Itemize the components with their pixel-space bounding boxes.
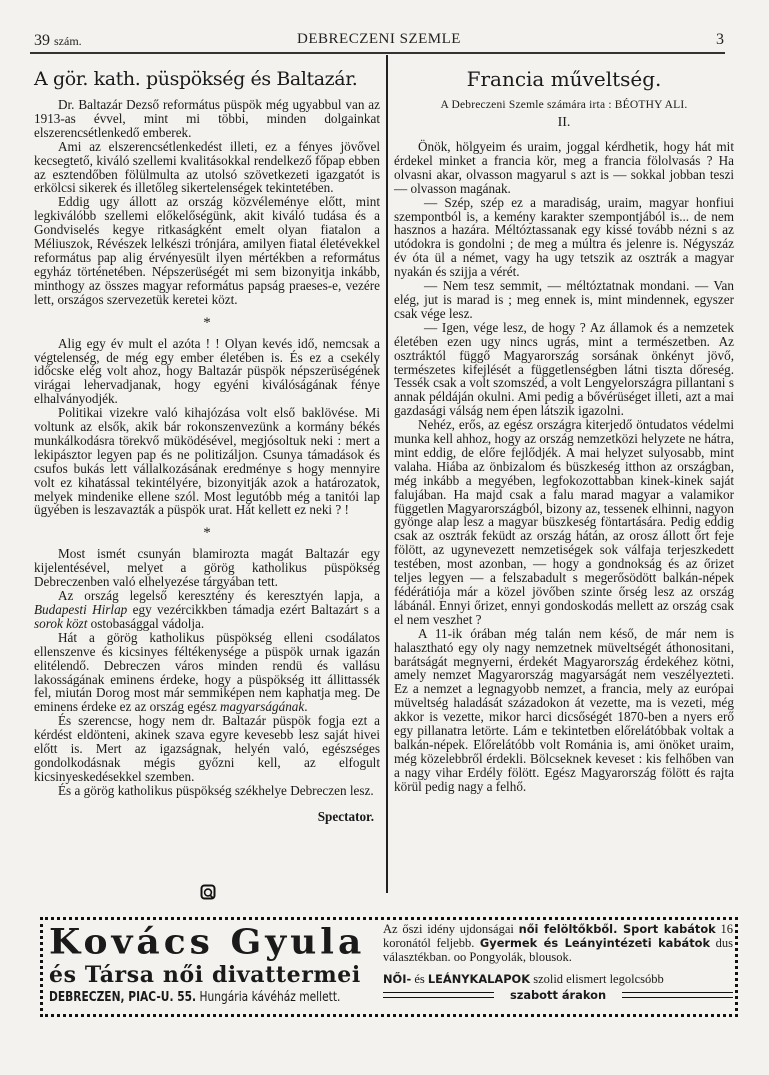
paragraph: Önök, hölgyeim és uraim, joggal kérdheti… <box>394 140 734 196</box>
paragraph: És szerencse, hogy nem dr. Baltazár püsp… <box>34 714 380 784</box>
double-rule <box>383 992 494 998</box>
paragraph: — Nem tesz semmit, — méltóztatnak mondan… <box>394 279 734 321</box>
right-article-title: Francia műveltség. <box>394 66 734 92</box>
page-number: 3 <box>716 31 724 49</box>
text: egy vezércikkben támadja ezért Baltazárt… <box>127 602 380 617</box>
italic-phrase: sorok közt <box>34 616 87 631</box>
running-head: 39szám. DEBRECZENI SZEMLE 3 <box>34 30 724 52</box>
ad-price-label: szabott árakon <box>494 988 622 1002</box>
printer-mark-icon <box>200 884 216 900</box>
left-article: A gör. kath. püspökség és Baltazár. Dr. … <box>34 60 380 824</box>
text: Az őszi idény ujdonságai <box>383 922 519 936</box>
paragraph-csodalatos: Hát a görög katholikus püspökség elleni … <box>34 631 380 714</box>
right-article: Francia műveltség. A Debreczeni Szemle s… <box>394 60 734 794</box>
newspaper-name: Budapesti Hirlap <box>34 602 127 617</box>
article-byline: A Debreczeni Szemle számára irta : BÉOTH… <box>394 98 734 112</box>
paragraph: Nehéz, erős, az egész országra kiterjedő… <box>394 418 734 627</box>
text: Az ország legelső keresztény és kereszty… <box>58 588 380 603</box>
ad-price-row: szabott árakon <box>383 988 733 1002</box>
article-part-number: II. <box>394 114 734 132</box>
author-signature: Spectator. <box>34 810 374 824</box>
double-rule <box>622 992 733 998</box>
publication-title: DEBRECZENI SZEMLE <box>34 31 724 48</box>
ad-offer-block: Az őszi idény ujdonságai női felöltőkből… <box>383 922 733 1002</box>
paragraph: Dr. Baltazár Dezső református püspök még… <box>34 98 380 140</box>
ad-hats-text: NŐI- és LEÁNYKALAPOK szolid elismert leg… <box>383 972 733 986</box>
text: . <box>304 699 307 714</box>
advertisement-box: Kovács Gyula és Társa női divattermei DE… <box>40 917 738 1017</box>
ad-business-name: Kovács Gyula <box>49 924 389 960</box>
paragraph: Eddig ugy állott az ország közvéleménye … <box>34 195 380 306</box>
paragraph: Alig egy év mult el azóta ! ! Olyan kevé… <box>34 337 380 407</box>
text: szolid elismert legolcsóbb <box>530 972 664 986</box>
paragraph: Ami az elszerencsétlenkedést illeti, ez … <box>34 140 380 196</box>
paragraph: — Szép, szép ez a maradiság, uraim, magy… <box>394 196 734 279</box>
ad-brand-block: Kovács Gyula és Társa női divattermei DE… <box>49 924 389 1007</box>
bold-text: női felöltőkből. Sport kabátok <box>519 922 716 936</box>
bold-text: Gyermek és Leányintézeti kabátok <box>480 936 710 950</box>
left-article-title: A gör. kath. püspökség és Baltazár. <box>34 66 380 92</box>
paragraph: — Igen, vége lesz, de hogy ? Az államok … <box>394 321 734 418</box>
ad-offer-text: Az őszi idény ujdonságai női felöltőkből… <box>383 922 733 964</box>
paragraph: Politikai vizekre való kihajózása volt e… <box>34 406 380 517</box>
ad-business-subtitle: és Társa női divattermei <box>49 963 389 987</box>
section-separator: * <box>34 526 380 541</box>
text: ostobasággal vádolja. <box>87 616 204 631</box>
paragraph: A 11-ik órában még talán nem késő, de má… <box>394 627 734 794</box>
paragraph: És a görög katholikus püspökség székhely… <box>34 784 380 798</box>
bold-text: NŐI- <box>383 972 411 986</box>
italic-phrase: magyarságának <box>220 699 304 714</box>
bold-text: LEÁNYKALAPOK <box>428 972 530 986</box>
ad-address: DEBRECZEN, PIAC-U. 55. Hungária kávéház … <box>49 989 393 1007</box>
ad-address-street: DEBRECZEN, PIAC-U. 55. <box>49 990 196 1005</box>
header-rule <box>30 52 725 54</box>
newspaper-page: 39szám. DEBRECZENI SZEMLE 3 A gör. kath.… <box>0 0 769 1075</box>
section-separator: * <box>34 316 380 331</box>
text: Hát a görög katholikus püspökség elleni … <box>34 630 380 715</box>
ad-address-note: Hungária kávéház mellett. <box>199 990 340 1005</box>
paragraph: Most ismét csunyán blamirozta magát Balt… <box>34 547 380 589</box>
paragraph-hirlap: Az ország legelső keresztény és kereszty… <box>34 589 380 631</box>
text: és <box>411 972 428 986</box>
column-rule <box>386 55 388 893</box>
